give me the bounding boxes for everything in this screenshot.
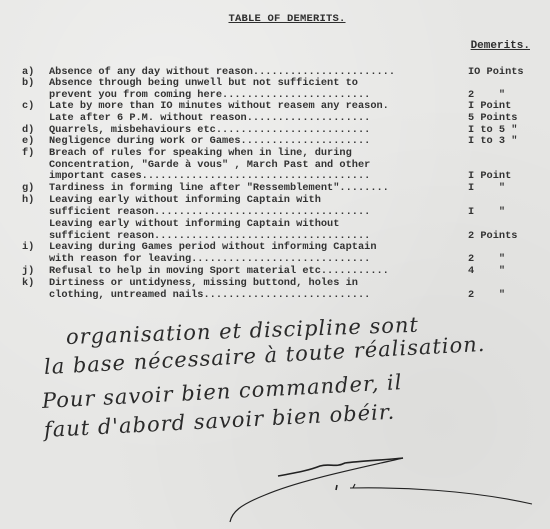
- signature: [0, 0, 550, 529]
